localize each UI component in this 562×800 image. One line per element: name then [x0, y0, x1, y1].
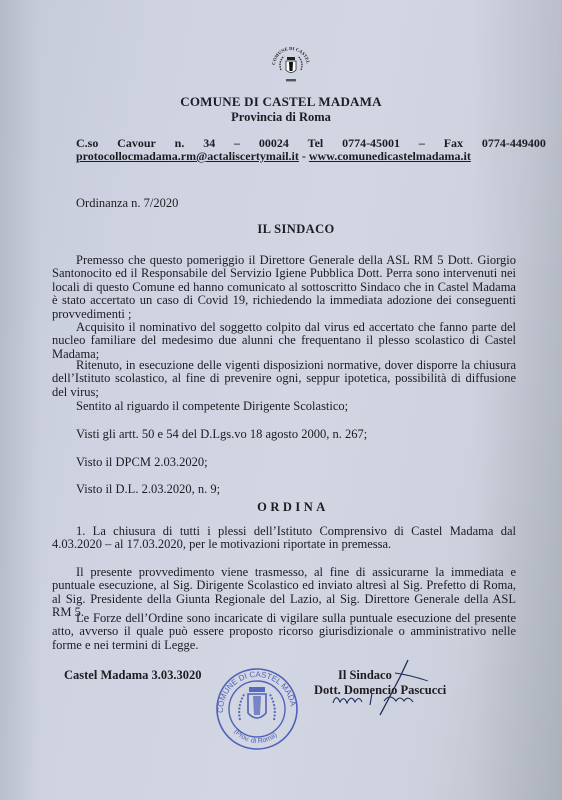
- premise-paragraph: Ritenuto, in esecuzione delle vigenti di…: [52, 359, 516, 399]
- closing-paragraph: Le Forze dell’Ordine sono incaricate di …: [52, 612, 516, 652]
- premise-paragraph: Acquisito il nominativo del soggetto col…: [52, 321, 516, 361]
- municipal-stamp-icon: COMUNE DI CASTEL MADAMA (Prov. di Roma): [213, 665, 301, 753]
- premise-paragraph: Premesso che questo pomeriggio il Dirett…: [52, 254, 516, 321]
- website-link[interactable]: www.comunedicastelmadama.it: [309, 149, 471, 163]
- issuer-heading: IL SINDACO: [0, 222, 562, 237]
- place-and-date: Castel Madama 3.03.3020: [64, 668, 202, 683]
- consideration-line: Visto il DPCM 2.03.2020;: [76, 455, 208, 470]
- consideration-line: Visto il D.L. 2.03.2020, n. 9;: [76, 482, 220, 497]
- province-name: Provincia di Roma: [0, 110, 562, 125]
- municipality-name: COMUNE DI CASTEL MADAMA: [0, 94, 562, 110]
- consideration-line: Visti gli artt. 50 e 54 del D.Lgs.vo 18 …: [76, 427, 367, 442]
- fax-number: 0774-449400: [482, 136, 546, 151]
- ordinance-number: Ordinanza n. 7/2020: [76, 196, 178, 211]
- contacts-line: protocollocmadama.rm@actaliscertymail.it…: [76, 149, 471, 164]
- pec-email-link[interactable]: protocollocmadama.rm@actaliscertymail.it: [76, 149, 299, 163]
- order-heading: ORDINA: [0, 500, 562, 515]
- signatory-title: Il Sindaco: [338, 668, 392, 683]
- municipal-emblem-icon: COMUNE DI CASTELMADAMA: [268, 40, 314, 88]
- ordinance-document: COMUNE DI CASTELMADAMA COMUNE DI CASTEL …: [0, 0, 562, 800]
- contacts-separator: -: [299, 149, 309, 163]
- order-item: 1. La chiusura di tutti i plessi dell’Is…: [52, 525, 516, 552]
- signatory-name: Dott. Domencio Pascucci: [314, 683, 446, 698]
- consideration-line: Sentito al riguardo il competente Dirige…: [76, 399, 348, 414]
